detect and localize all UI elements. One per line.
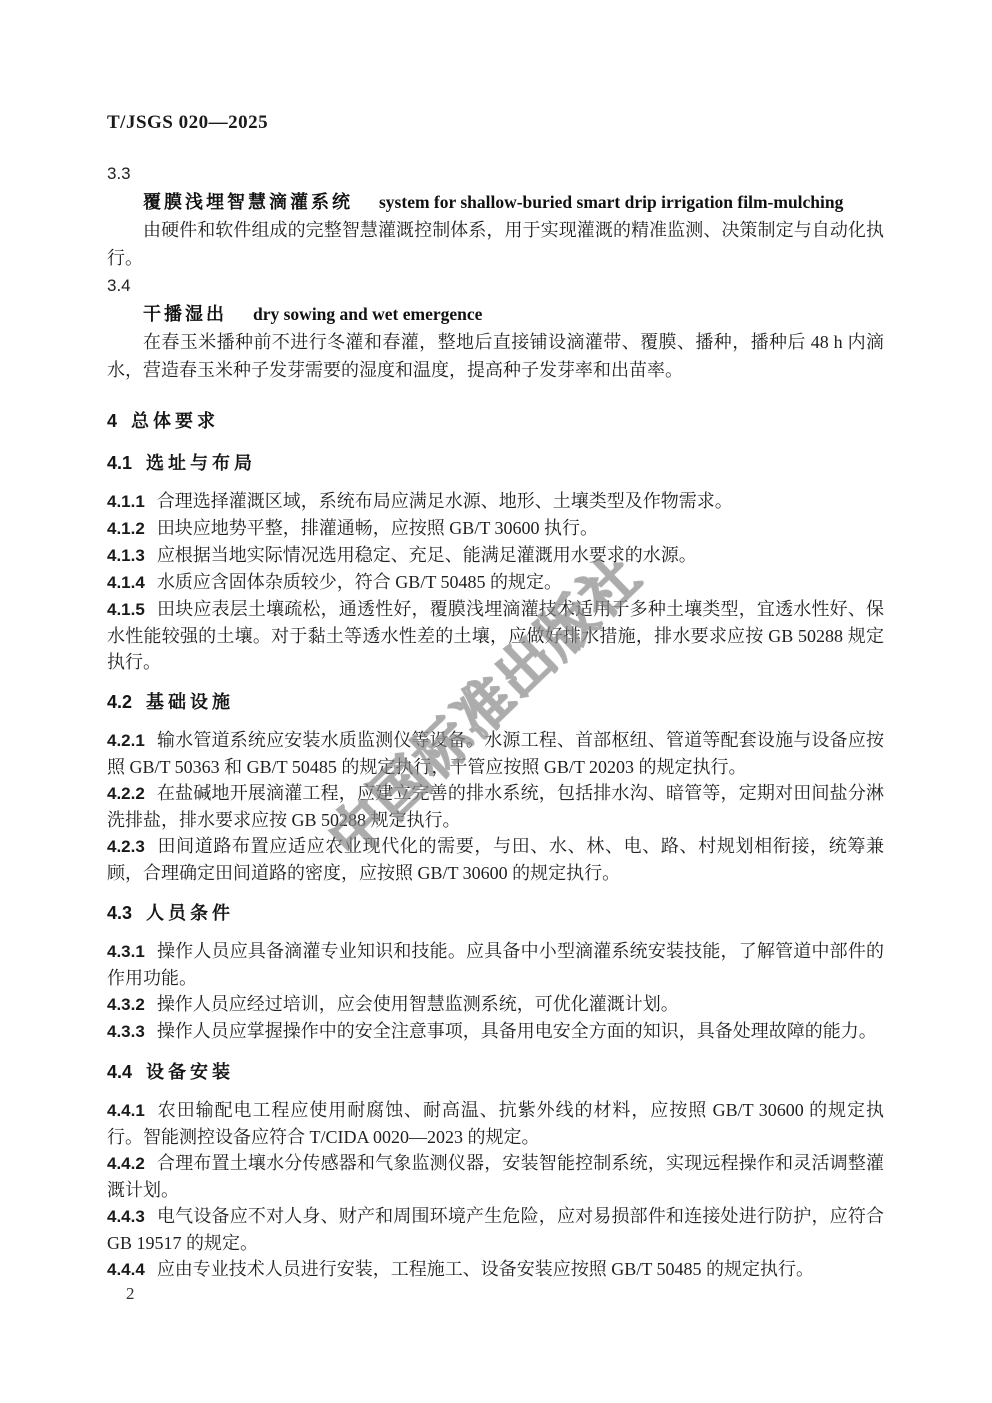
clause-item: 4.1.3应根据当地实际情况选用稳定、充足、能满足灌溉用水要求的水源。 <box>107 542 884 569</box>
clause-number: 4.2.1 <box>107 731 145 750</box>
section-title: 设备安装 <box>146 1062 234 1082</box>
clause-item: 4.1.1合理选择灌溉区域，系统布局应满足水源、地形、土壤类型及作物需求。 <box>107 488 884 515</box>
terms-section: 3.3 覆膜浅埋智慧滴灌系统system for shallow-buried … <box>107 160 884 384</box>
section-title: 选址与布局 <box>146 453 256 473</box>
clause-item: 4.1.5田块应表层土壤疏松，通透性好，覆膜浅埋滴灌技术适用于多种土壤类型，宜透… <box>107 596 884 675</box>
section-4-3: 4.3人员条件 4.3.1操作人员应具备滴灌专业知识和技能。应具备中小型滴灌系统… <box>107 900 884 1045</box>
chapter-number: 4 <box>107 411 117 431</box>
clause-text: 操作人员应经过培训，应会使用智慧监测系统，可优化灌溉计划。 <box>157 994 679 1014</box>
section-heading: 4.4设备安装 <box>107 1059 884 1085</box>
clause-item: 4.2.3田间道路布置应适应农业现代化的需要，与田、水、林、电、路、村规划相衔接… <box>107 833 884 886</box>
clause-item: 4.3.2操作人员应经过培训，应会使用智慧监测系统，可优化灌溉计划。 <box>107 991 884 1018</box>
clause-item: 4.3.1操作人员应具备滴灌专业知识和技能。应具备中小型滴灌系统安装技能，了解管… <box>107 938 884 991</box>
clause-text: 田块应地势平整，排灌通畅，应按照 GB/T 30600 执行。 <box>157 518 598 538</box>
section-title: 人员条件 <box>146 903 234 923</box>
page-number: 2 <box>126 1284 135 1304</box>
clause-text: 应根据当地实际情况选用稳定、充足、能满足灌溉用水要求的水源。 <box>157 545 697 565</box>
clause-item: 4.2.1输水管道系统应安装水质监测仪等设备。水源工程、首部枢纽、管道等配套设施… <box>107 727 884 780</box>
clause-text: 田块应表层土壤疏松，通透性好，覆膜浅埋滴灌技术适用于多种土壤类型，宜透水性好、保… <box>107 599 884 672</box>
clause-item: 4.1.2田块应地势平整，排灌通畅，应按照 GB/T 30600 执行。 <box>107 515 884 542</box>
clause-text: 操作人员应掌握操作中的安全注意事项，具备用电安全方面的知识，具备处理故障的能力。 <box>157 1021 877 1041</box>
clause-text: 农田输配电工程应使用耐腐蚀、耐高温、抗紫外线的材料，应按照 GB/T 30600… <box>107 1100 884 1147</box>
section-heading: 4.1选址与布局 <box>107 450 884 476</box>
term-zh: 干播湿出 <box>143 304 227 324</box>
clause-text: 操作人员应具备滴灌专业知识和技能。应具备中小型滴灌系统安装技能，了解管道中部件的… <box>107 941 884 988</box>
term-clause-number: 3.4 <box>107 272 884 300</box>
section-4-2: 4.2基础设施 4.2.1输水管道系统应安装水质监测仪等设备。水源工程、首部枢纽… <box>107 689 884 886</box>
section-number: 4.3 <box>107 903 132 923</box>
clause-item: 4.4.3电气设备应不对人身、财产和周围环境产生危险，应对易损部件和连接处进行防… <box>107 1203 884 1256</box>
clause-number: 4.1.4 <box>107 573 145 592</box>
term-clause-number: 3.3 <box>107 160 884 188</box>
section-number: 4.2 <box>107 692 132 712</box>
section-heading: 4.3人员条件 <box>107 900 884 926</box>
clause-number: 4.3.1 <box>107 942 145 961</box>
term-entry: 干播湿出dry sowing and wet emergence <box>107 300 884 328</box>
section-title: 基础设施 <box>146 692 234 712</box>
section-heading: 4.2基础设施 <box>107 689 884 715</box>
clause-number: 4.1.2 <box>107 519 145 538</box>
clause-number: 4.2.3 <box>107 837 145 856</box>
clause-item: 4.4.2合理布置土壤水分传感器和气象监测仪器，安装智能控制系统，实现远程操作和… <box>107 1150 884 1203</box>
chapter-heading: 4总体要求 <box>107 408 884 434</box>
clause-text: 电气设备应不对人身、财产和周围环境产生危险，应对易损部件和连接处进行防护，应符合… <box>107 1206 884 1253</box>
clause-item: 4.2.2在盐碱地开展滴灌工程，应建立完善的排水系统，包括排水沟、暗管等，定期对… <box>107 780 884 833</box>
document-page: 中国标准出版社 T/JSGS 020—2025 3.3 覆膜浅埋智慧滴灌系统sy… <box>0 0 992 1403</box>
clause-text: 输水管道系统应安装水质监测仪等设备。水源工程、首部枢纽、管道等配套设施与设备应按… <box>107 730 884 777</box>
term-en: dry sowing and wet emergence <box>253 304 482 324</box>
clause-number: 4.4.1 <box>107 1101 145 1120</box>
section-number: 4.1 <box>107 453 132 473</box>
term-definition: 由硬件和软件组成的完整智慧灌溉控制体系，用于实现灌溉的精准监测、决策制定与自动化… <box>107 216 884 272</box>
section-4-4: 4.4设备安装 4.4.1农田输配电工程应使用耐腐蚀、耐高温、抗紫外线的材料，应… <box>107 1059 884 1283</box>
clause-number: 4.2.2 <box>107 784 145 803</box>
term-en: system for shallow-buried smart drip irr… <box>379 192 843 212</box>
clause-item: 4.3.3操作人员应掌握操作中的安全注意事项，具备用电安全方面的知识，具备处理故… <box>107 1018 884 1045</box>
term-definition: 在春玉米播种前不进行冬灌和春灌，整地后直接铺设滴灌带、覆膜、播种，播种后 48 … <box>107 328 884 384</box>
clause-number: 4.3.3 <box>107 1022 145 1041</box>
section-4-1: 4.1选址与布局 4.1.1合理选择灌溉区域，系统布局应满足水源、地形、土壤类型… <box>107 450 884 675</box>
document-content: T/JSGS 020—2025 3.3 覆膜浅埋智慧滴灌系统system for… <box>107 110 884 1283</box>
clause-number: 4.3.2 <box>107 995 145 1014</box>
clause-number: 4.1.3 <box>107 546 145 565</box>
clause-text: 合理选择灌溉区域，系统布局应满足水源、地形、土壤类型及作物需求。 <box>157 491 733 511</box>
clause-item: 4.1.4水质应含固体杂质较少，符合 GB/T 50485 的规定。 <box>107 569 884 596</box>
clause-item: 4.4.1农田输配电工程应使用耐腐蚀、耐高温、抗紫外线的材料，应按照 GB/T … <box>107 1097 884 1150</box>
term-zh: 覆膜浅埋智慧滴灌系统 <box>143 192 353 212</box>
clause-text: 应由专业技术人员进行安装，工程施工、设备安装应按照 GB/T 50485 的规定… <box>157 1259 814 1279</box>
term-entry: 覆膜浅埋智慧滴灌系统system for shallow-buried smar… <box>107 188 884 216</box>
section-number: 4.4 <box>107 1062 132 1082</box>
clause-text: 田间道路布置应适应农业现代化的需要，与田、水、林、电、路、村规划相衔接，统筹兼顾… <box>107 836 884 883</box>
clause-number: 4.4.4 <box>107 1260 145 1279</box>
clause-item: 4.4.4应由专业技术人员进行安装，工程施工、设备安装应按照 GB/T 5048… <box>107 1256 884 1283</box>
standard-number: T/JSGS 020—2025 <box>107 110 884 136</box>
clause-number: 4.1.1 <box>107 492 145 511</box>
clause-number: 4.1.5 <box>107 600 145 619</box>
clause-text: 水质应含固体杂质较少，符合 GB/T 50485 的规定。 <box>157 572 562 592</box>
clause-number: 4.4.3 <box>107 1207 145 1226</box>
chapter-title: 总体要求 <box>131 411 219 431</box>
clause-text: 在盐碱地开展滴灌工程，应建立完善的排水系统，包括排水沟、暗管等，定期对田间盐分淋… <box>107 783 884 830</box>
clause-number: 4.4.2 <box>107 1154 145 1173</box>
clause-text: 合理布置土壤水分传感器和气象监测仪器，安装智能控制系统，实现远程操作和灵活调整灌… <box>107 1153 884 1200</box>
